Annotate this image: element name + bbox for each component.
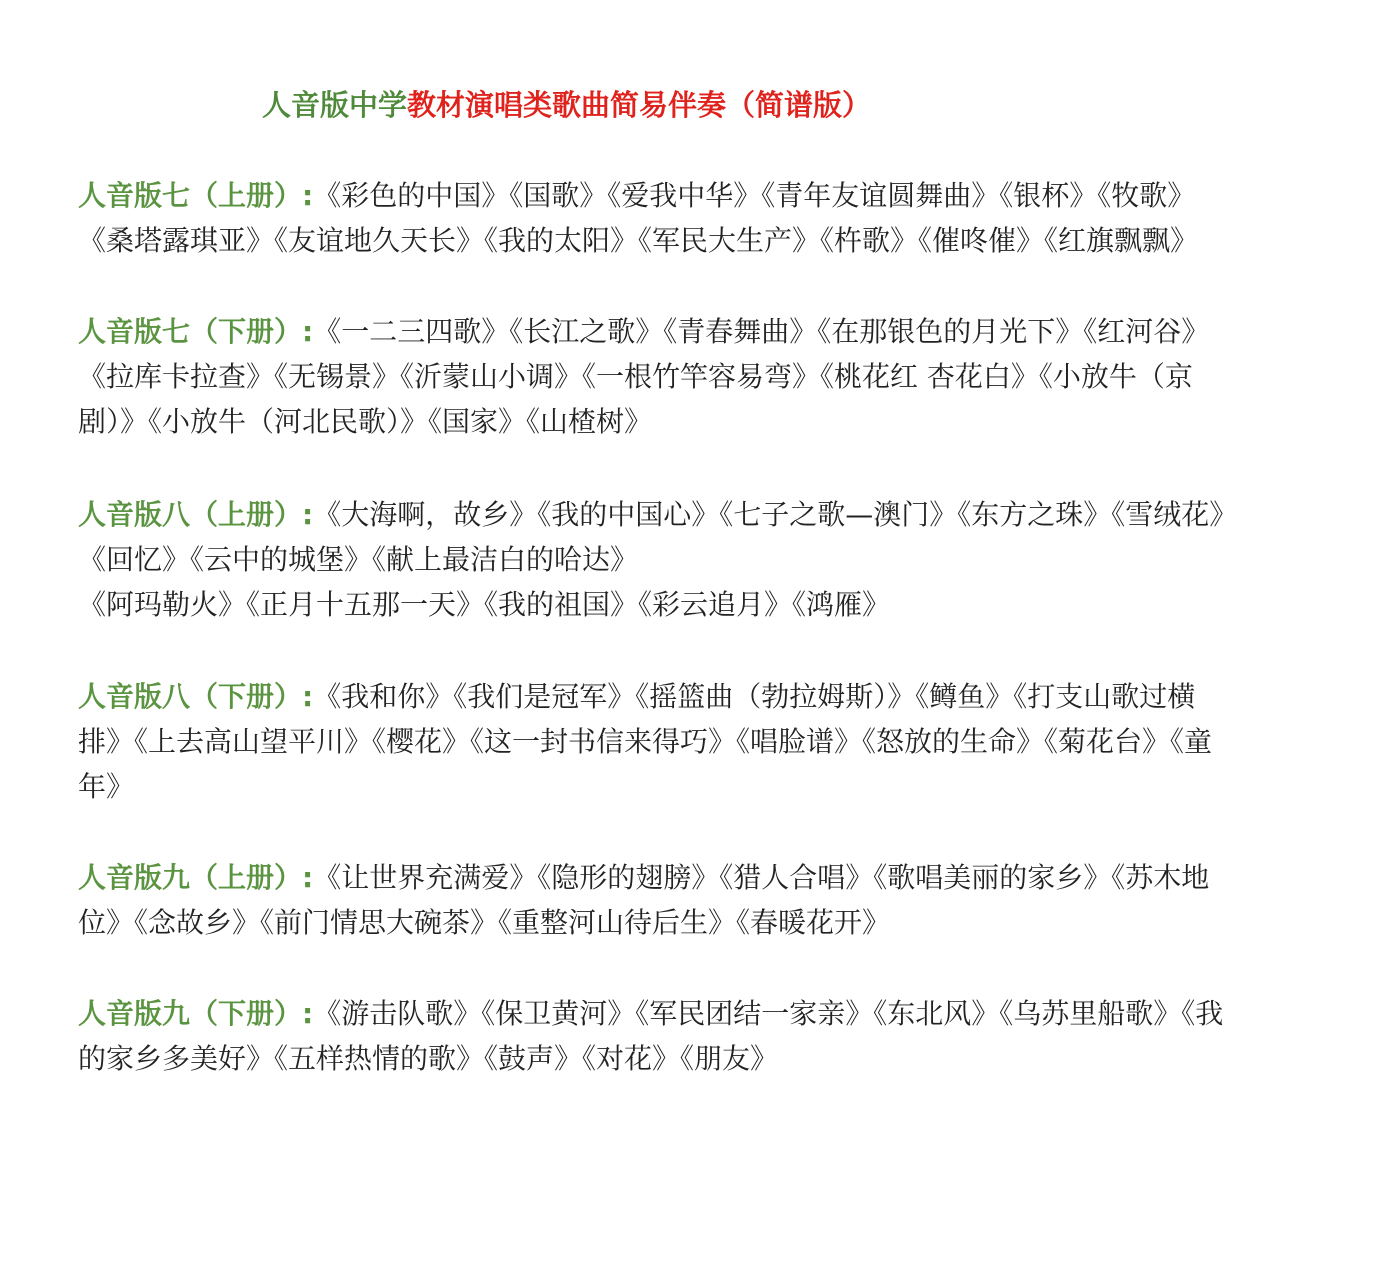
section-grade7-vol1: 人音版七（上册）:《彩色的中国》《国歌》《爱我中华》《青年友谊圆舞曲》《银杯》《…: [78, 173, 1303, 263]
section-grade9-vol2: 人音版九（下册）:《游击队歌》《保卫黄河》《军民团结一家亲》《东北风》《乌苏里船…: [78, 991, 1303, 1081]
section-grade8-vol2: 人音版八（下册）:《我和你》《我们是冠军》《摇篮曲（勃拉姆斯）》《鳟鱼》《打支山…: [78, 674, 1303, 809]
section-line: 排》《上去高山望平川》《樱花》《这一封书信来得巧》《唱脸谱》《怒放的生命》《菊花…: [78, 719, 1303, 764]
section-line: 剧）》《小放牛（河北民歌）》《国家》《山楂树》: [78, 399, 1303, 444]
section-line: 《回忆》《云中的城堡》《献上最洁白的哈达》: [78, 537, 1303, 582]
section-grade9-vol1: 人音版九（上册）:《让世界充满爱》《隐形的翅膀》《猎人合唱》《歌唱美丽的家乡》《…: [78, 855, 1303, 945]
section-grade8-vol1: 人音版八（上册）:《大海啊，故乡》《我的中国心》《七子之歌—澳门》《东方之珠》《…: [78, 492, 1303, 627]
section-line: 的家乡多美好》《五样热情的歌》《鼓声》《对花》《朋友》: [78, 1036, 1303, 1081]
section-line: 人音版七（上册）:《彩色的中国》《国歌》《爱我中华》《青年友谊圆舞曲》《银杯》《…: [78, 173, 1303, 218]
section-line: 《阿玛勒火》《正月十五那一天》《我的祖国》《彩云追月》《鸿雁》: [78, 582, 1303, 627]
song-list-text: 《一二三四歌》《长江之歌》《青春舞曲》《在那银色的月光下》《红河谷》: [313, 315, 1209, 348]
song-list-text: 《我和你》《我们是冠军》《摇篮曲（勃拉姆斯）》《鳟鱼》《打支山歌过横: [313, 680, 1195, 713]
section-line: 年》: [78, 764, 1303, 809]
section-line: 人音版八（上册）:《大海啊，故乡》《我的中国心》《七子之歌—澳门》《东方之珠》《…: [78, 492, 1303, 537]
section-line: 人音版九（上册）:《让世界充满爱》《隐形的翅膀》《猎人合唱》《歌唱美丽的家乡》《…: [78, 855, 1303, 900]
title-subject: 教材演唱类歌曲简易伴奏（简谱版）: [407, 88, 871, 122]
section-line: 人音版九（下册）:《游击队歌》《保卫黄河》《军民团结一家亲》《东北风》《乌苏里船…: [78, 991, 1303, 1036]
section-label: 人音版八（上册）:: [78, 498, 313, 531]
section-line: 人音版八（下册）:《我和你》《我们是冠军》《摇篮曲（勃拉姆斯）》《鳟鱼》《打支山…: [78, 674, 1303, 719]
section-label: 人音版七（上册）:: [78, 179, 313, 212]
section-line: 《拉库卡拉查》《无锡景》《沂蒙山小调》《一根竹竿容易弯》《桃花红 杏花白》《小放…: [78, 354, 1303, 399]
section-label: 人音版七（下册）:: [78, 315, 313, 348]
section-line: 位》《念故乡》《前门情思大碗茶》《重整河山待后生》《春暖花开》: [78, 900, 1303, 945]
section-line: 人音版七（下册）:《一二三四歌》《长江之歌》《青春舞曲》《在那银色的月光下》《红…: [78, 309, 1303, 354]
section-grade7-vol2: 人音版七（下册）:《一二三四歌》《长江之歌》《青春舞曲》《在那银色的月光下》《红…: [78, 309, 1303, 444]
title-publisher: 人音版中学: [262, 88, 407, 122]
page-title: 人音版中学教材演唱类歌曲简易伴奏（简谱版）: [262, 84, 871, 126]
song-list-text: 《让世界充满爱》《隐形的翅膀》《猎人合唱》《歌唱美丽的家乡》《苏木地: [313, 861, 1209, 894]
song-list-text: 《游击队歌》《保卫黄河》《军民团结一家亲》《东北风》《乌苏里船歌》《我: [313, 997, 1223, 1030]
section-line: 《桑塔露琪亚》《友谊地久天长》《我的太阳》《军民大生产》《杵歌》《催咚催》《红旗…: [78, 218, 1303, 263]
song-list-text: 《彩色的中国》《国歌》《爱我中华》《青年友谊圆舞曲》《银杯》《牧歌》: [313, 179, 1195, 212]
section-label: 人音版九（下册）:: [78, 997, 313, 1030]
section-label: 人音版八（下册）:: [78, 680, 313, 713]
section-label: 人音版九（上册）:: [78, 861, 313, 894]
song-list-text: 《大海啊，故乡》《我的中国心》《七子之歌—澳门》《东方之珠》《雪绒花》: [313, 498, 1237, 531]
